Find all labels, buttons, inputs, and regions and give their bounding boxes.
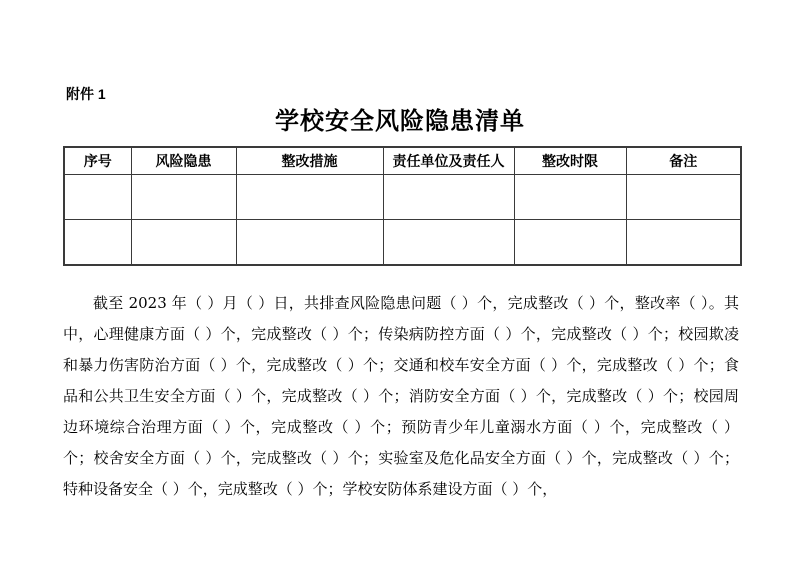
table-header-row: 序号 风险隐患 整改措施 责任单位及责任人 整改时限 备注 <box>64 147 741 175</box>
col-header-rectification-deadline: 整改时限 <box>514 147 626 175</box>
table-cell <box>131 175 236 220</box>
document-page: 附件 1 学校安全风险隐患清单 序号 风险隐患 整改措施 责任单位及责任人 整改… <box>0 0 800 565</box>
risk-table: 序号 风险隐患 整改措施 责任单位及责任人 整改时限 备注 <box>63 146 742 266</box>
table-row <box>64 175 741 220</box>
table-cell <box>383 175 514 220</box>
table-cell <box>236 220 383 266</box>
page-title: 学校安全风险隐患清单 <box>0 107 800 137</box>
table-cell <box>514 220 626 266</box>
risk-table-body <box>64 175 741 266</box>
table-cell <box>64 175 131 220</box>
col-header-serial-number: 序号 <box>64 147 131 175</box>
table-cell <box>383 220 514 266</box>
table-cell <box>626 175 741 220</box>
col-header-rectification-measures: 整改措施 <box>236 147 383 175</box>
col-header-responsible-unit-person: 责任单位及责任人 <box>383 147 514 175</box>
table-cell <box>64 220 131 266</box>
table-cell <box>626 220 741 266</box>
summary-paragraph: 截至 2023 年（ ）月（ ）日，共排查风险隐患问题（ ）个，完成整改（ ）个… <box>63 288 739 505</box>
table-row <box>64 220 741 266</box>
col-header-risk-hazard: 风险隐患 <box>131 147 236 175</box>
table-cell <box>236 175 383 220</box>
table-cell <box>514 175 626 220</box>
attachment-label: 附件 1 <box>66 84 106 104</box>
table-cell <box>131 220 236 266</box>
col-header-remarks: 备注 <box>626 147 741 175</box>
